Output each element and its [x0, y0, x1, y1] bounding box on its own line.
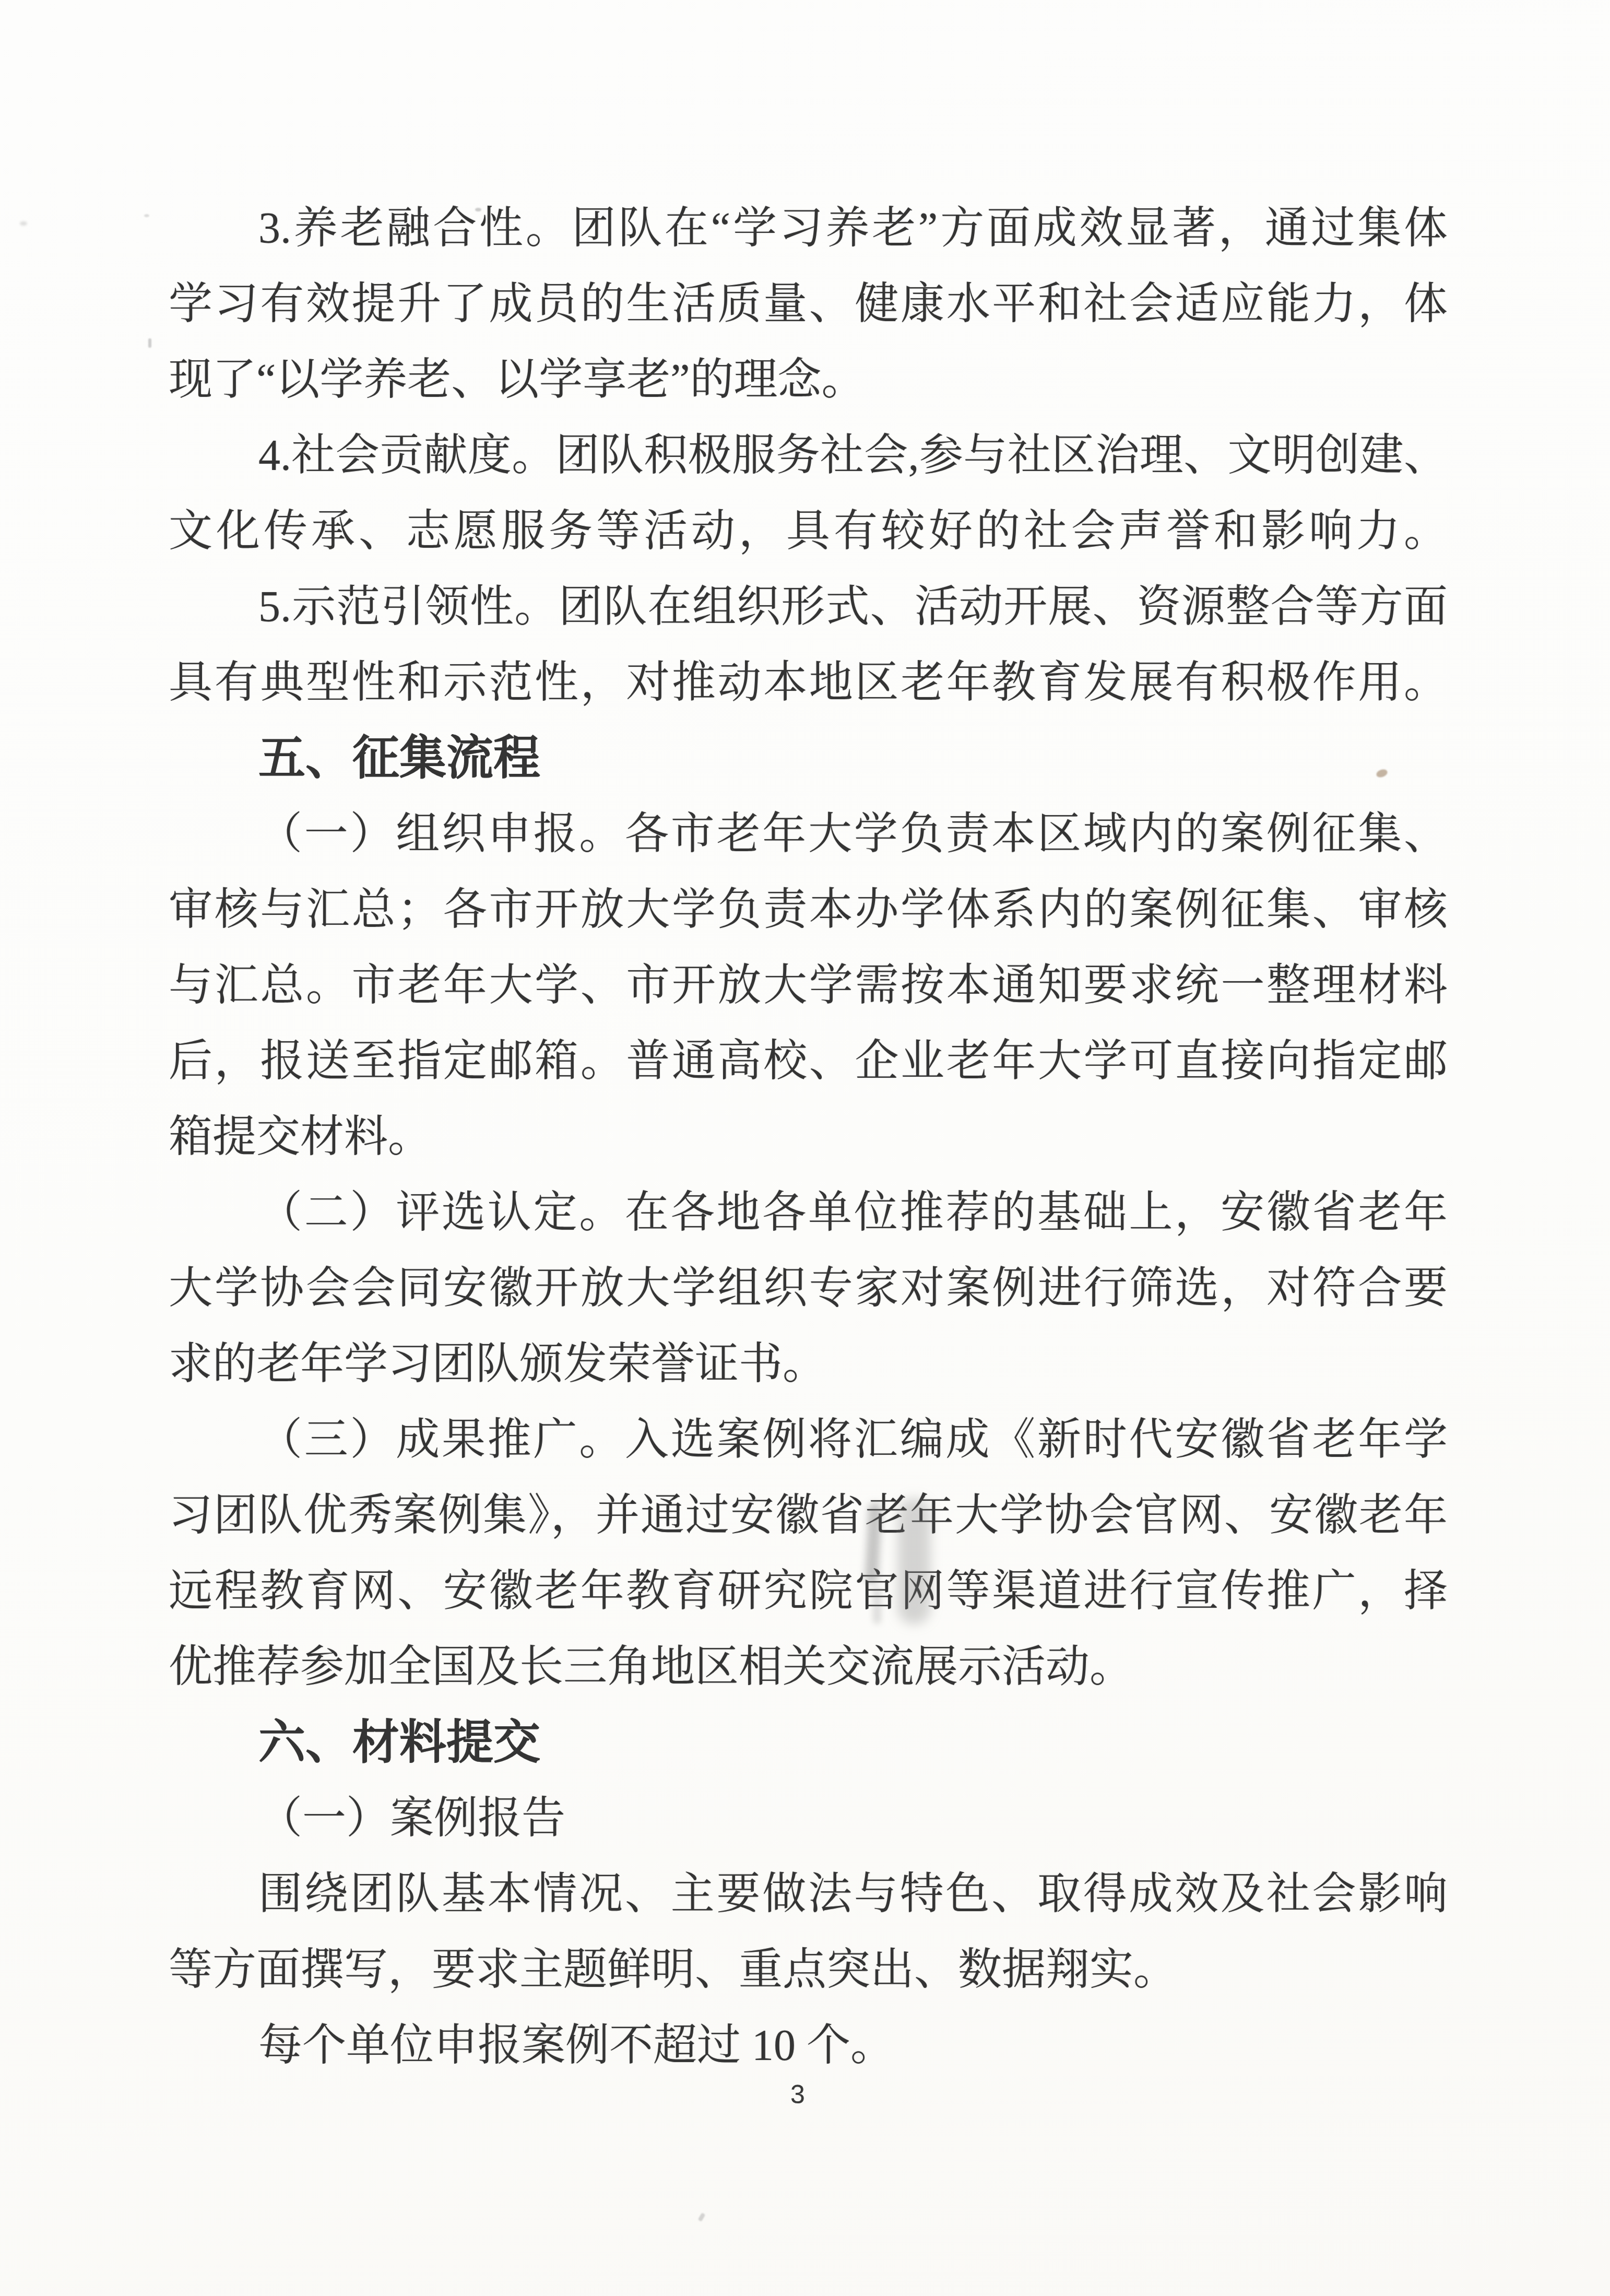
document-line: 学习有效提升了成员的生活质量、健康水平和社会适应能力，体 — [169, 266, 1448, 342]
document-line: 3.养老融合性。团队在“学习养老”方面成效显著，通过集体 — [169, 191, 1448, 266]
scan-speck — [144, 214, 149, 217]
document-line: （一）组织申报。各市老年大学负责本区域内的案例征集、 — [169, 796, 1448, 872]
document-line: 求的老年学习团队颁发荣誉证书。 — [169, 1326, 1448, 1402]
scanned-document-page: 3.养老融合性。团队在“学习养老”方面成效显著，通过集体 学习有效提升了成员的生… — [0, 0, 1610, 2296]
document-line: 每个单位申报案例不超过 10 个。 — [169, 2008, 1448, 2083]
document-line: 4.社会贡献度。团队积极服务社会,参与社区治理、文明创建、 — [169, 418, 1448, 493]
document-line: （一）案例报告 — [169, 1781, 1448, 1856]
document-line: 审核与汇总；各市开放大学负责本办学体系内的案例征集、审核 — [169, 872, 1448, 948]
document-line: 现了“以学养老、以学享老”的理念。 — [169, 342, 1448, 418]
document-line: 与汇总。市老年大学、市开放大学需按本通知要求统一整理材料 — [169, 948, 1448, 1023]
scan-speck — [148, 338, 151, 348]
document-line: 习团队优秀案例集》，并通过安徽省老年大学协会官网、安徽老年 — [169, 1478, 1448, 1553]
document-line: 大学协会会同安徽开放大学组织专家对案例进行筛选，对符合要 — [169, 1251, 1448, 1326]
document-body: 3.养老融合性。团队在“学习养老”方面成效显著，通过集体 学习有效提升了成员的生… — [169, 191, 1448, 2083]
section-heading-6: 六、材料提交 — [169, 1705, 1448, 1781]
document-line: 围绕团队基本情况、主要做法与特色、取得成效及社会影响 — [169, 1856, 1448, 1932]
document-line: 具有典型性和示范性，对推动本地区老年教育发展有积极作用。 — [169, 645, 1448, 721]
document-line: 优推荐参加全国及长三角地区相关交流展示活动。 — [169, 1629, 1448, 1705]
document-line: 5.示范引领性。团队在组织形式、活动开展、资源整合等方面 — [169, 569, 1448, 645]
scan-speck — [698, 2212, 706, 2222]
document-line: 等方面撰写，要求主题鲜明、重点突出、数据翔实。 — [169, 1932, 1448, 2008]
document-line: 箱提交材料。 — [169, 1099, 1448, 1175]
document-line: （三）成果推广。入选案例将汇编成《新时代安徽省老年学 — [169, 1402, 1448, 1478]
document-line: 文化传承、志愿服务等活动，具有较好的社会声誉和影响力。 — [169, 493, 1448, 569]
scan-speck — [20, 221, 27, 226]
document-line: 后，报送至指定邮箱。普通高校、企业老年大学可直接向指定邮 — [169, 1023, 1448, 1099]
document-line: 远程教育网、安徽老年教育研究院官网等渠道进行宣传推广，择 — [169, 1553, 1448, 1629]
section-heading-5: 五、征集流程 — [169, 721, 1448, 796]
document-line: （二）评选认定。在各地各单位推荐的基础上，安徽省老年 — [169, 1175, 1448, 1251]
page-number: 3 — [0, 2076, 1595, 2113]
